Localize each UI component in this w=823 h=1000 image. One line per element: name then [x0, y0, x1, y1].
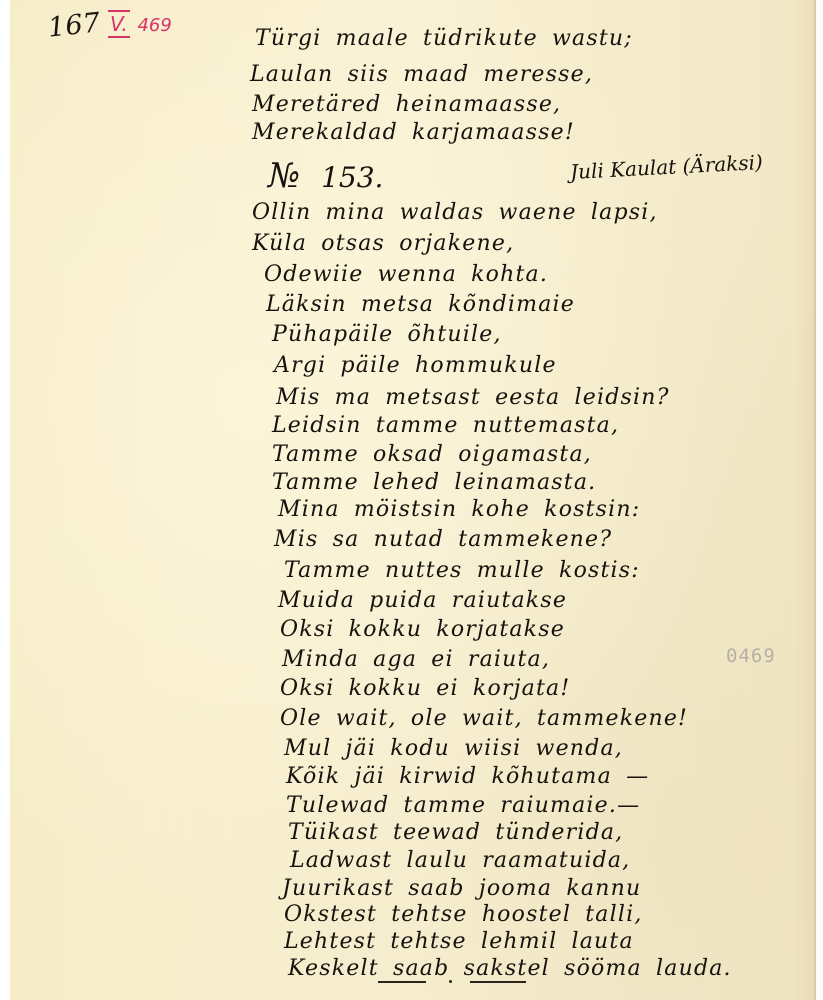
verse-line: Türgi maale tüdrikute wastu; [255, 26, 633, 51]
verse-line: Oksi kokku ei korjata! [280, 676, 570, 701]
verse-line: Tamme lehed leinamasta. [272, 470, 596, 495]
verse-line: Tamme oksad oigamasta, [272, 442, 592, 467]
archive-reference: V. 469 [108, 12, 172, 36]
verse-line: Mina möistsin kohe kostsin: [278, 497, 640, 522]
verse-line: Leidsin tamme nuttemasta, [272, 413, 619, 438]
verse-line: Pühapäile õhtuile, [272, 322, 502, 347]
verse-line: Ole wait, ole wait, tammekene! [280, 706, 688, 731]
verse-line: Mis sa nutad tammekene? [274, 527, 612, 552]
verse-line: Merekaldad karjamaasse! [252, 120, 575, 145]
verse-line: Küla otsas orjakene, [252, 231, 514, 256]
verse-line: Laulan siis maad meresse, [250, 62, 593, 87]
end-rule-left [378, 981, 426, 983]
verse-line: Mis ma metsast eesta leidsin? [276, 385, 670, 410]
verse-line: Minda aga ei raiuta, [282, 647, 550, 672]
scan-edge [816, 0, 823, 1000]
verse-line: Muida puida raiutakse [278, 588, 567, 613]
verse-line: Okstest tehtse hoostel talli, [284, 902, 643, 927]
verse-line: Juurikast saab jooma kannu [282, 876, 641, 901]
verse-line: Tüikast teewad tünderida, [288, 820, 623, 845]
verse-line: Mul jäi kodu wiisi wenda, [284, 736, 623, 761]
number-sign: № [268, 156, 300, 196]
verse-line: Ollin mina waldas waene lapsi, [252, 200, 658, 225]
verse-line: Keskelt saab sakstel sööma lauda. [288, 956, 732, 981]
archive-number: 469 [137, 15, 171, 36]
verse-line: Ladwast laulu raamatuida, [290, 848, 630, 873]
verse-line: Tulewad tamme raiumaie.— [286, 793, 640, 818]
folio-number: 167 [47, 7, 102, 43]
verse-line: Oksi kokku korjatakse [280, 617, 565, 642]
archive-stamp: 0469 [726, 645, 776, 667]
verse-line: Meretäred heinamaasse, [252, 92, 561, 117]
song-number: № 153. [268, 156, 383, 196]
verse-line: Läksin metsa kõndimaie [266, 292, 575, 317]
verse-line: Argi päile hommukule [274, 353, 557, 378]
end-rule-right [470, 981, 526, 983]
archive-volume: V. [108, 10, 130, 38]
verse-line: Odewiie wenna kohta. [264, 262, 548, 287]
verse-line: Kõik jäi kirwid kõhutama — [286, 764, 649, 789]
verse-line: Lehtest tehtse lehmil lauta [284, 929, 634, 954]
verse-line: Tamme nuttes mulle kostis: [284, 558, 640, 583]
song-number-value: 153. [321, 161, 383, 194]
end-dot [449, 980, 452, 983]
